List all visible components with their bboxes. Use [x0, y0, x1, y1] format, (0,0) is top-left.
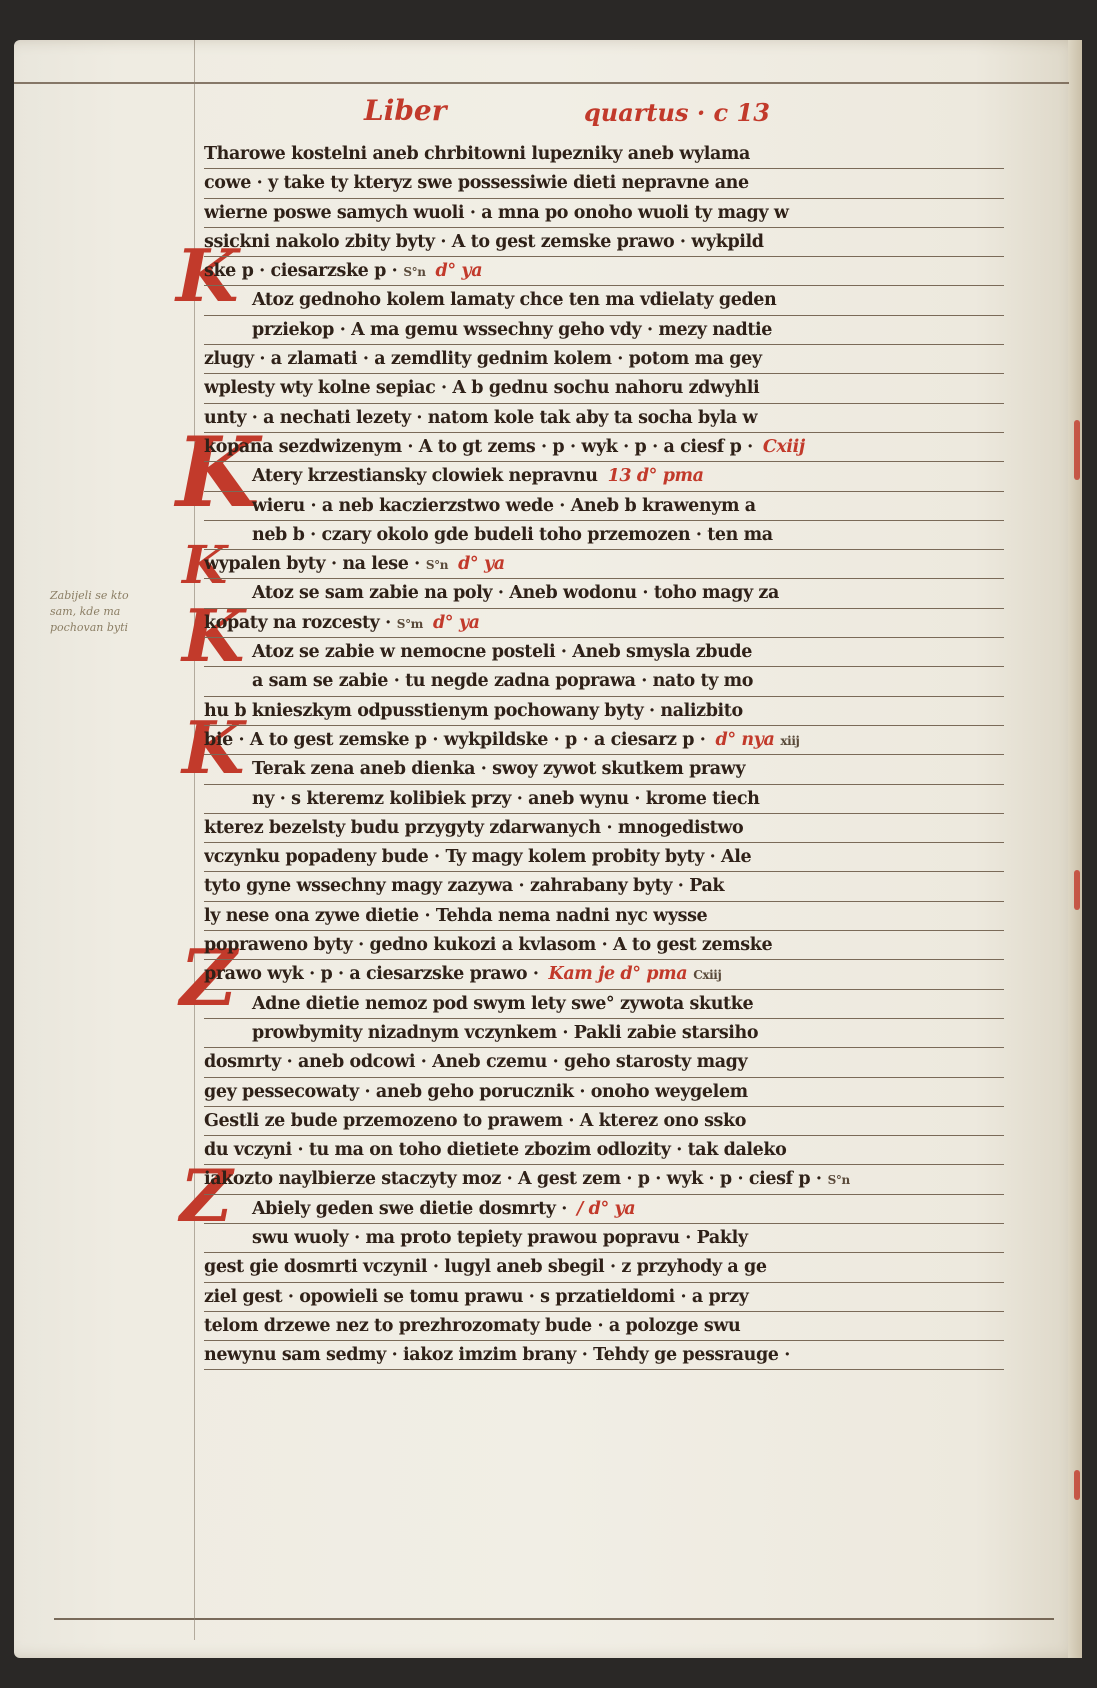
text-line: cowe · y take ty kteryz swe possessiwie …	[204, 169, 1004, 198]
line-text: du vczyni · tu ma on toho dietiete zbozi…	[204, 1140, 786, 1160]
text-line: Abiely geden swe dietie dosmrty ·/ d° ya	[204, 1195, 1004, 1224]
line-text: hu b knieszkym odpusstienym pochowany by…	[204, 701, 743, 721]
text-line: Adne dietie nemoz pod swym lety swe° zyw…	[204, 990, 1004, 1019]
text-line: prziekop · A ma gemu wssechny geho vdy ·…	[204, 316, 1004, 345]
text-line: prawo wyk · p · a ciesarzske prawo ·Kam …	[204, 960, 1004, 989]
text-line: hu b knieszkym odpusstienym pochowany by…	[204, 697, 1004, 726]
rubric: d° ya	[458, 554, 505, 574]
line-text: a sam se zabie · tu negde zadna poprawa …	[252, 671, 753, 691]
line-text: Terak zena aneb dienka · swoy zywot skut…	[252, 759, 745, 779]
line-text: Atoz gednoho kolem lamaty chce ten ma vd…	[252, 290, 776, 310]
text-line: wierne poswe samych wuoli · a mna po ono…	[204, 199, 1004, 228]
line-text: newynu sam sedmy · iakoz imzim brany · T…	[204, 1345, 790, 1365]
line-text: wypalen byty · na lese ·	[204, 554, 420, 574]
line-text: ske p · ciesarzske p ·	[204, 261, 397, 281]
abbrev-note: Cxiij	[693, 968, 721, 982]
text-line: kterez bezelsty budu przygyty zdarwanych…	[204, 814, 1004, 843]
marginal-note: Zabijeli se kto sam, kde ma pochovan byt…	[50, 588, 190, 636]
line-text: Abiely geden swe dietie dosmrty ·	[252, 1199, 567, 1219]
text-line: zlugy · a zlamati · a zemdlity gednim ko…	[204, 345, 1004, 374]
line-text: ssickni nakolo zbity byty · A to gest ze…	[204, 232, 764, 252]
text-line: Terak zena aneb dienka · swoy zywot skut…	[204, 755, 1004, 784]
text-line: swu wuoly · ma proto tepiety prawou popr…	[204, 1224, 1004, 1253]
line-text: tyto gyne wssechny magy zazywa · zahraba…	[204, 876, 724, 896]
rubric: d° nya	[715, 730, 774, 750]
abbrev-note: S°m	[397, 617, 423, 631]
page-fore-edge	[1068, 40, 1082, 1658]
text-line: Atoz gednoho kolem lamaty chce ten ma vd…	[204, 286, 1004, 315]
text-line: ske p · ciesarzske p ·S°nd° ya	[204, 257, 1004, 286]
line-text: popraweno byty · gedno kukozi a kvlasom …	[204, 935, 772, 955]
line-text: gest gie dosmrti vczynil · lugyl aneb sb…	[204, 1257, 767, 1277]
line-text: prawo wyk · p · a ciesarzske prawo ·	[204, 964, 539, 984]
line-text: telom drzewe nez to prezhrozomaty bude ·…	[204, 1316, 740, 1336]
marginal-line: sam, kde ma	[50, 604, 190, 620]
text-line: neb b · czary okolo gde budeli toho prze…	[204, 521, 1004, 550]
text-line: ny · s kteremz kolibiek przy · aneb wynu…	[204, 785, 1004, 814]
line-text: vczynku popadeny bude · Ty magy kolem pr…	[204, 847, 751, 867]
text-line: bie · A to gest zemske p · wykpildske · …	[204, 726, 1004, 755]
line-text: zlugy · a zlamati · a zemdlity gednim ko…	[204, 349, 762, 369]
rubric: d° ya	[433, 613, 480, 633]
text-line: newynu sam sedmy · iakoz imzim brany · T…	[204, 1341, 1004, 1370]
line-text: Tharowe kostelni aneb chrbitowni lupezni…	[204, 144, 750, 164]
rubric: Kam je d° pma	[549, 964, 688, 984]
rubric: Cxiij	[763, 437, 805, 457]
line-text: wierne poswe samych wuoli · a mna po ono…	[204, 203, 789, 223]
manuscript-page: Liber quartus · c 13 Zabijeli se kto sam…	[14, 40, 1082, 1658]
text-line: kopaty na rozcesty ·S°md° ya	[204, 609, 1004, 638]
line-text: neb b · czary okolo gde budeli toho prze…	[252, 525, 773, 545]
text-line: ziel gest · opowieli se tomu prawu · s p…	[204, 1283, 1004, 1312]
line-text: prowbymity nizadnym vczynkem · Pakli zab…	[252, 1023, 758, 1043]
line-text: iakozto naylbierze staczyty moz · A gest…	[204, 1169, 822, 1189]
text-line: Atery krzestiansky clowiek nepravnu13 d°…	[204, 462, 1004, 491]
text-line: kopana sezdwizenym · A to gt zems · p · …	[204, 433, 1004, 462]
text-line: unty · a nechati lezety · natom kole tak…	[204, 404, 1004, 433]
text-line: telom drzewe nez to prezhrozomaty bude ·…	[204, 1312, 1004, 1341]
line-text: ly nese ona zywe dietie · Tehda nema nad…	[204, 906, 707, 926]
text-line: tyto gyne wssechny magy zazywa · zahraba…	[204, 872, 1004, 901]
marginal-line: pochovan byti	[50, 620, 190, 636]
line-text: gey pessecowaty · aneb geho porucznik · …	[204, 1082, 748, 1102]
header-right: quartus · c 13	[584, 98, 770, 127]
top-rule	[14, 82, 1069, 84]
text-line: wypalen byty · na lese ·S°nd° ya	[204, 550, 1004, 579]
line-text: dosmrty · aneb odcowi · Aneb czemu · geh…	[204, 1052, 747, 1072]
line-text: swu wuoly · ma proto tepiety prawou popr…	[252, 1228, 748, 1248]
text-column: Tharowe kostelni aneb chrbitowni lupezni…	[204, 140, 1004, 1370]
text-line: dosmrty · aneb odcowi · Aneb czemu · geh…	[204, 1048, 1004, 1077]
text-line: popraweno byty · gedno kukozi a kvlasom …	[204, 931, 1004, 960]
line-text: Gestli ze bude przemozeno to prawem · A …	[204, 1111, 746, 1131]
abbrev-note: xiij	[780, 734, 799, 748]
line-text: Atery krzestiansky clowiek nepravnu	[252, 466, 598, 486]
line-text: kopana sezdwizenym · A to gt zems · p · …	[204, 437, 753, 457]
text-line: wieru · a neb kaczierzstwo wede · Aneb b…	[204, 492, 1004, 521]
line-text: Atoz se zabie w nemocne posteli · Aneb s…	[252, 642, 752, 662]
text-line: Atoz se zabie w nemocne posteli · Aneb s…	[204, 638, 1004, 667]
abbrev-note: S°n	[426, 558, 448, 572]
header-left: Liber	[364, 94, 446, 127]
line-text: cowe · y take ty kteryz swe possessiwie …	[204, 173, 749, 193]
text-line: du vczyni · tu ma on toho dietiete zbozi…	[204, 1136, 1004, 1165]
line-text: bie · A to gest zemske p · wykpildske · …	[204, 730, 705, 750]
abbrev-note: S°n	[828, 1173, 850, 1187]
line-text: ny · s kteremz kolibiek przy · aneb wynu…	[252, 789, 759, 809]
text-line: Atoz se sam zabie na poly · Aneb wodonu …	[204, 579, 1004, 608]
text-line: iakozto naylbierze staczyty moz · A gest…	[204, 1165, 1004, 1194]
rubric: / d° ya	[577, 1199, 635, 1219]
line-text: kopaty na rozcesty ·	[204, 613, 391, 633]
line-text: Atoz se sam zabie na poly · Aneb wodonu …	[252, 583, 779, 603]
marginal-line: Zabijeli se kto	[50, 588, 190, 604]
text-line: wplesty wty kolne sepiac · A b gednu soc…	[204, 374, 1004, 403]
facing-page-initial-edge	[1074, 870, 1080, 910]
text-line: a sam se zabie · tu negde zadna poprawa …	[204, 667, 1004, 696]
line-text: Adne dietie nemoz pod swym lety swe° zyw…	[252, 994, 753, 1014]
text-line: ssickni nakolo zbity byty · A to gest ze…	[204, 228, 1004, 257]
line-text: prziekop · A ma gemu wssechny geho vdy ·…	[252, 320, 772, 340]
abbrev-note: S°n	[403, 265, 425, 279]
text-line: Gestli ze bude przemozeno to prawem · A …	[204, 1107, 1004, 1136]
text-line: gey pessecowaty · aneb geho porucznik · …	[204, 1078, 1004, 1107]
running-header: Liber quartus · c 13	[14, 88, 1082, 138]
line-text: ziel gest · opowieli se tomu prawu · s p…	[204, 1287, 748, 1307]
line-text: kterez bezelsty budu przygyty zdarwanych…	[204, 818, 743, 838]
bottom-rule	[54, 1618, 1054, 1620]
text-line: gest gie dosmrti vczynil · lugyl aneb sb…	[204, 1253, 1004, 1282]
facing-page-initial-edge	[1074, 1470, 1080, 1500]
rubric: d° ya	[436, 261, 483, 281]
facing-page-initial-edge	[1074, 420, 1080, 480]
rubric: 13 d° pma	[608, 466, 704, 486]
line-text: wieru · a neb kaczierzstwo wede · Aneb b…	[252, 496, 756, 516]
line-text: unty · a nechati lezety · natom kole tak…	[204, 408, 757, 428]
line-text: wplesty wty kolne sepiac · A b gednu soc…	[204, 378, 759, 398]
text-line: prowbymity nizadnym vczynkem · Pakli zab…	[204, 1019, 1004, 1048]
text-line: Tharowe kostelni aneb chrbitowni lupezni…	[204, 140, 1004, 169]
text-line: vczynku popadeny bude · Ty magy kolem pr…	[204, 843, 1004, 872]
text-line: ly nese ona zywe dietie · Tehda nema nad…	[204, 902, 1004, 931]
